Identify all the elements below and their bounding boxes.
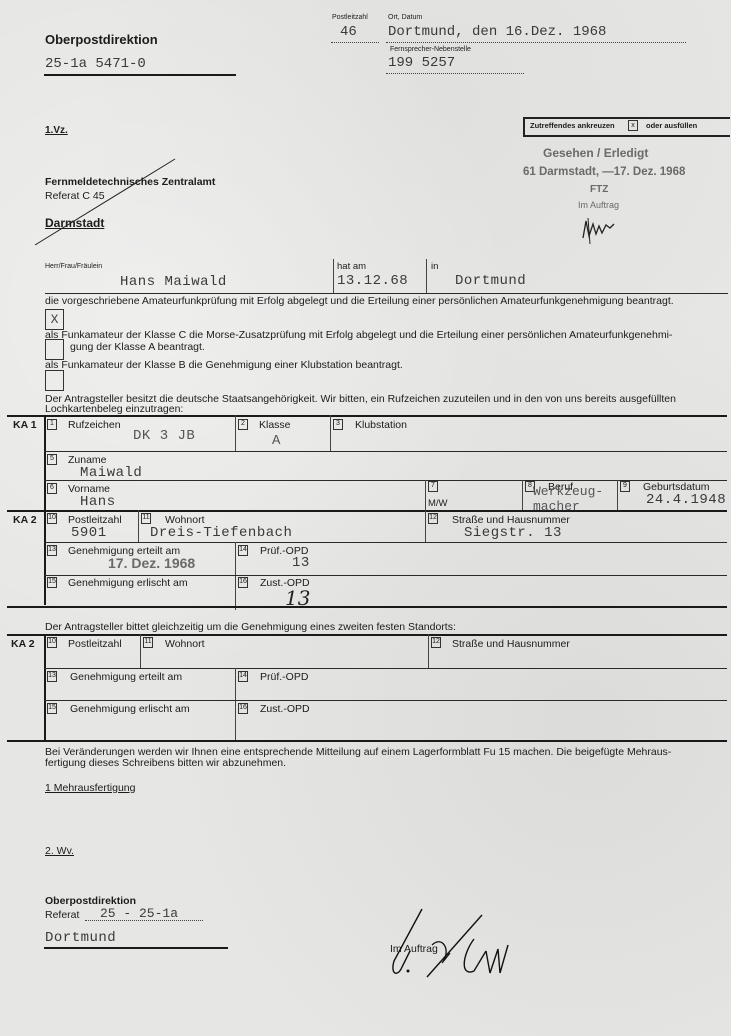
divider xyxy=(617,480,618,510)
reference-underline xyxy=(44,74,236,76)
field-label-rufzeichen: Rufzeichen xyxy=(68,419,121,431)
birthdate-value: 24.4.1948 xyxy=(646,492,726,508)
stamp-line-2: 61 Darmstadt, —17. Dez. 1968 xyxy=(523,166,685,178)
option-2-checkbox[interactable] xyxy=(45,339,64,360)
footer-referat-label: Referat xyxy=(45,909,79,921)
card2-bottom-border xyxy=(7,740,727,742)
exam-opd-value: 13 xyxy=(292,555,310,571)
firstname-value: Hans xyxy=(80,494,116,510)
phone-value: 199 5257 xyxy=(388,55,455,71)
step-2-label: 2. Wv. xyxy=(45,845,74,857)
divider xyxy=(44,575,727,576)
card2-field-label-strasse: Straße und Hausnummer xyxy=(452,638,570,650)
ka2-label: KA 2 xyxy=(13,514,37,526)
card2-field-number-10: 10 xyxy=(47,637,57,648)
postcode-line xyxy=(331,42,379,43)
place-date-value: Dortmund, den 16.Dez. 1968 xyxy=(388,24,606,40)
field-number-3: 3 xyxy=(333,419,343,430)
stamp-line-3: FTZ xyxy=(590,184,608,195)
divider xyxy=(138,510,139,542)
card2-field-label-zust-opd: Zust.-OPD xyxy=(260,703,310,715)
step-1-label: 1.Vz. xyxy=(45,125,68,136)
card2-field-label-postleitzahl: Postleitzahl xyxy=(68,638,122,650)
field-number-6: 6 xyxy=(47,483,57,494)
field-number-13: 13 xyxy=(47,545,57,556)
callsign-value: DK 3 JB xyxy=(133,428,195,444)
instruction-text-after: oder ausfüllen xyxy=(646,121,697,130)
option-3-checkbox[interactable] xyxy=(45,370,64,391)
field-label-klasse: Klasse xyxy=(259,419,291,431)
card2-field-number-15: 15 xyxy=(47,703,57,714)
postcode-value: 46 xyxy=(340,24,357,40)
application-place: Dortmund xyxy=(455,273,526,289)
option-2-text: als Funkamateur der Klasse C die Morse-Z… xyxy=(45,329,672,341)
field-number-14: 14 xyxy=(238,545,248,556)
card2-field-label-erteilt: Genehmigung erteilt am xyxy=(70,671,182,683)
footer-referat-value: 25 - 25-1a xyxy=(100,906,178,921)
card2-top-border xyxy=(7,634,727,636)
card2-field-number-14: 14 xyxy=(238,671,248,682)
notice-line-2: fertigung dieses Schreibens bitten wir a… xyxy=(45,757,286,769)
stamp-line-4: Im Auftrag xyxy=(578,200,619,210)
divider xyxy=(330,415,331,451)
field-number-7: 7 xyxy=(428,481,438,492)
strike-through-mark xyxy=(30,155,180,250)
instruction-text-before: Zutreffendes ankreuzen xyxy=(530,121,615,130)
place-date-line xyxy=(386,42,686,43)
field-number-1: 1 xyxy=(47,419,57,430)
card1-bottom-border xyxy=(7,606,727,608)
option-3-text: als Funkamateur der Klasse B die Genehmi… xyxy=(45,359,403,371)
citizenship-text-2: Lochkartenbeleg einzutragen: xyxy=(45,403,183,415)
stamp-line-1: Gesehen / Erledigt xyxy=(543,146,648,160)
copies-label: 1 Mehrausfertigung xyxy=(45,782,135,794)
field-number-16: 16 xyxy=(238,577,248,588)
postcode-label: Postleitzahl xyxy=(332,14,368,21)
divider xyxy=(333,259,334,293)
card2-field-label-erlischt: Genehmigung erlischt am xyxy=(70,703,190,715)
field-number-2: 2 xyxy=(238,419,248,430)
divider xyxy=(44,668,727,669)
divider xyxy=(428,634,429,668)
card2-ka2-label: KA 2 xyxy=(11,638,35,650)
divider xyxy=(45,293,728,294)
occupation-value-1: Werkzeug- xyxy=(533,484,603,499)
card2-left-border xyxy=(44,634,46,742)
option-2-text-cont: gung der Klasse A beantragt. xyxy=(70,341,205,353)
card2-field-number-13: 13 xyxy=(47,671,57,682)
option-1-checkbox[interactable]: X xyxy=(45,309,64,330)
divider xyxy=(425,510,426,542)
handwritten-signature xyxy=(362,905,522,985)
phone-label: Fernsprecher-Nebenstelle xyxy=(390,46,471,53)
card2-field-label-pruef-opd: Prüf.-OPD xyxy=(260,671,308,683)
field-label-erlischt: Genehmigung erlischt am xyxy=(68,577,188,589)
divider xyxy=(235,415,236,451)
field-label-klubstation: Klubstation xyxy=(355,419,407,431)
surname-value: Maiwald xyxy=(80,465,142,481)
referat-line xyxy=(85,920,203,921)
application-date: 13.12.68 xyxy=(337,273,408,289)
postcode-card-value: 5901 xyxy=(71,525,107,541)
field-number-10: 10 xyxy=(47,513,57,524)
option-1-text: die vorgeschriebene Amateurfunkprüfung m… xyxy=(45,295,674,307)
field-number-11: 11 xyxy=(141,513,151,524)
divider xyxy=(522,480,523,510)
street-value: Siegstr. 13 xyxy=(464,525,562,541)
divider xyxy=(426,259,427,293)
divider xyxy=(7,510,727,512)
field-number-12: 12 xyxy=(428,513,438,524)
card2-field-number-16: 16 xyxy=(238,703,248,714)
divider xyxy=(235,668,236,742)
divider xyxy=(44,451,727,452)
place-label: in xyxy=(431,261,438,272)
divider xyxy=(235,542,236,610)
class-value: A xyxy=(272,433,281,449)
field-number-9: 9 xyxy=(620,481,630,492)
card2-field-number-11: 11 xyxy=(143,637,153,648)
place-date-label: Ort, Datum xyxy=(388,14,422,21)
footer-city: Dortmund xyxy=(45,930,116,946)
residence-value: Dreis-Tiefenbach xyxy=(150,525,292,541)
applicant-name: Hans Maiwald xyxy=(120,274,227,290)
card2-field-number-12: 12 xyxy=(431,637,441,648)
field-number-15: 15 xyxy=(47,577,57,588)
second-location-text: Der Antragsteller bittet gleichzeitig um… xyxy=(45,621,456,633)
instruction-box: Zutreffendes ankreuzen x oder ausfüllen xyxy=(523,117,730,137)
instruction-checkbox-sample: x xyxy=(628,120,638,131)
office-title: Oberpostdirektion xyxy=(45,32,158,47)
reference-number: 25-1a 5471-0 xyxy=(45,56,146,72)
divider xyxy=(140,634,141,668)
card1-top-border xyxy=(7,415,727,417)
ka1-label: KA 1 xyxy=(13,419,37,431)
date-label: hat am xyxy=(337,261,366,272)
salutation-label: Herr/Frau/Fräulein xyxy=(45,263,102,270)
card2-field-label-wohnort: Wohnort xyxy=(165,638,205,650)
divider xyxy=(44,700,727,701)
divider xyxy=(425,480,426,510)
field-number-5: 5 xyxy=(47,454,57,465)
field-label-gender: M/W xyxy=(428,498,448,509)
divider xyxy=(44,542,727,543)
phone-line xyxy=(386,73,524,74)
stamp-signature xyxy=(580,216,620,246)
issued-date-stamp: 17. Dez. 1968 xyxy=(108,555,195,571)
footer-city-underline xyxy=(44,947,228,949)
